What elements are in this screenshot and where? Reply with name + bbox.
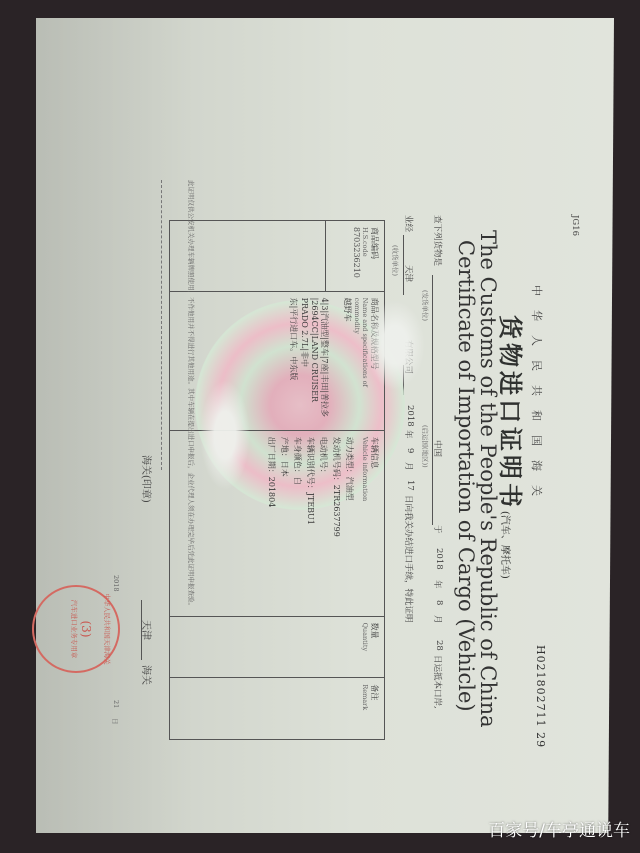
hs-code-header: 商品编码 H.S.code 8703236210 bbox=[325, 221, 384, 291]
customs-stamp: 中华人民共和国天津海关 (3) 汽车进口业务专用章 bbox=[32, 585, 120, 673]
stamp-bottom-text: 汽车进口业务专用章 bbox=[70, 587, 79, 671]
vehicle-info-header-cn: 车辆信息 bbox=[369, 437, 380, 610]
arrival-month: 8 bbox=[434, 600, 444, 605]
declare-month: 9 bbox=[405, 448, 415, 453]
certificate-document: JG16 中华人民共和国海关 货物进口证明书(汽车、摩托车) The Custo… bbox=[0, 0, 640, 853]
title-cn-suffix: (汽车、摩托车) bbox=[499, 511, 510, 579]
hs-code-header-cn: 商品编码 bbox=[369, 227, 380, 285]
declare-suffix: 日向我关办结进口手续，特此证明 bbox=[403, 495, 415, 623]
stamp-ring-text: 中华人民共和国天津海关 bbox=[103, 587, 112, 671]
arrival-prefix: 于 bbox=[432, 525, 444, 534]
business-label: 业经 bbox=[403, 215, 415, 232]
declare-month-label: 月 bbox=[403, 462, 415, 471]
vehicle-info-item: 发动机号码：2TR2637799 bbox=[331, 437, 342, 610]
vehicle-info-item: 产地：日本 bbox=[279, 437, 290, 610]
origin-country: 中国 bbox=[432, 440, 444, 457]
form-code: JG16 bbox=[570, 215, 580, 236]
title-en-2: Certificate of Importation of Cargo (Veh… bbox=[454, 240, 478, 712]
title-cn: 货物进口证明书(汽车、摩托车) bbox=[495, 315, 530, 579]
customs-seal-label: 海关(印章) bbox=[140, 455, 155, 503]
vehicle-info-item: 电动机号： bbox=[318, 437, 329, 610]
hs-code-header-en: H.S.code bbox=[361, 227, 369, 285]
remark-header-cn: 备注 bbox=[369, 684, 380, 733]
footer-date-day: 21 bbox=[112, 700, 120, 708]
name-line-4: 东|平行进口车。中东版 bbox=[288, 298, 299, 424]
privacy-blur bbox=[365, 300, 425, 390]
footer-customs-suffix: 海关 bbox=[140, 665, 155, 685]
declare-year: 2018 bbox=[405, 405, 415, 427]
declare-day: 17 bbox=[405, 480, 415, 491]
month-label: 月 bbox=[432, 615, 444, 624]
country-header: 中华人民共和国海关 bbox=[529, 285, 545, 510]
declare-year-label: 年 bbox=[403, 430, 415, 439]
name-line-3: |2694CC|LAND CRUISER PRADO 2.7L|非中 bbox=[299, 298, 319, 424]
title-cn-text: 货物进口证明书 bbox=[496, 315, 525, 511]
footer-date-suffix: 日 bbox=[111, 718, 120, 725]
year-label: 年 bbox=[432, 580, 444, 589]
vehicle-info-item: 车辆识别代号：JTEBU1 bbox=[305, 437, 316, 610]
serial-number: H021802711 29 bbox=[534, 645, 547, 748]
statement-prefix: 查下列货物是 bbox=[432, 215, 444, 266]
city-name: 天津 bbox=[403, 265, 415, 282]
hs-code-value: 8703236210 bbox=[352, 227, 361, 285]
arrival-day: 28 bbox=[434, 640, 444, 651]
vehicle-info-list: 动力类型：汽油型发动机号码：2TR2637799电动机号：车辆识别代号：JTEB… bbox=[266, 437, 355, 610]
title-en-1: The Customs of the People's Republic of … bbox=[476, 230, 500, 728]
origin-label: (启运国(地区)) bbox=[421, 425, 430, 468]
arrival-suffix: 日运抵本口岸, bbox=[432, 655, 444, 709]
vehicle-info-header-en: Vehicle information bbox=[361, 437, 369, 610]
name-line-2: 4|3|汽油型|整车|7座|丰田|普拉多 bbox=[319, 298, 330, 424]
footer-note: 此证明仅供公安机关办理车辆牌照使用，不作他用并不得进行其他用途。其中车辆在提出进… bbox=[186, 180, 195, 680]
name-line-1: 越野车 bbox=[342, 298, 353, 424]
vehicle-info-item: 出厂日期：201804 bbox=[266, 437, 277, 610]
arrival-year: 2018 bbox=[434, 548, 444, 570]
quantity-header-en: Quantity bbox=[361, 623, 369, 672]
stamp-number: (3) bbox=[79, 587, 93, 671]
quantity-header-cn: 数量 bbox=[369, 623, 380, 672]
vehicle-info-item: 车身颜色：白 bbox=[292, 437, 303, 610]
watermark: 百家号/车亭通说车 bbox=[488, 816, 630, 841]
remark-header-en: Remark bbox=[361, 684, 369, 733]
privacy-blur-vin bbox=[200, 380, 250, 490]
footer-city: 天津 bbox=[140, 620, 155, 640]
unit-label: (收货单位) bbox=[391, 245, 400, 276]
vehicle-info-item: 动力类型：汽油型 bbox=[344, 437, 355, 610]
footer-date-year: 2018 bbox=[112, 575, 120, 592]
